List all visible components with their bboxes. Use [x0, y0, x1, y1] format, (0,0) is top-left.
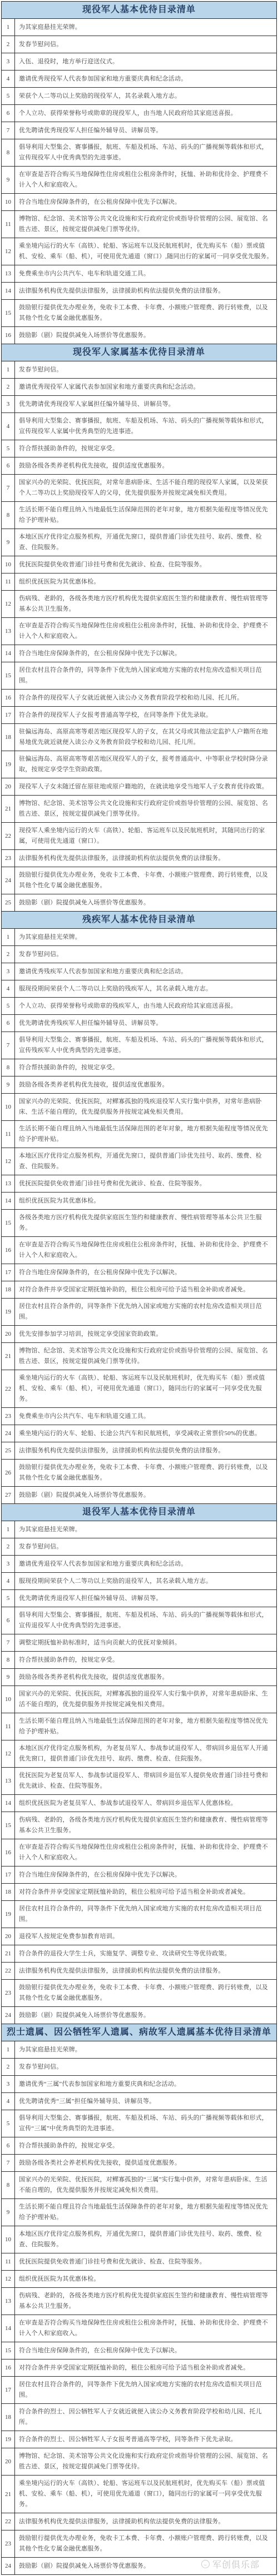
table-row: 12 组织优抚医院为其优惠体检。 [2, 2271, 276, 2288]
row-text: 优抚医院提供免收普通门诊挂号费和优先就诊、检查、住院等服务。 [15, 556, 276, 573]
row-number: 11 [2, 2253, 15, 2270]
table-row: 22 法律服务机构优先提供法律服务，法律援助机构依法提供免费的法律服务。 [2, 2513, 276, 2530]
table-row: 23 鼓励银行提供优先办理业务，免收卡工本费、卡年费、小额账户管理费、跨行转账费… [2, 1980, 276, 2007]
table-row: 18 驻偏远海岛、高原高寒等艰苦地区现役军人的子女，在其父母或其他法定监护人户籍… [2, 724, 276, 751]
row-text: 鼓励影（剧）院提供减免入场票价等优惠服务。 [15, 2558, 276, 2574]
row-number: 21 [2, 1343, 15, 1370]
table-row: 3 优先聘请优秀现役军人家属担任编外辅导员、讲解员等。 [2, 396, 276, 413]
row-number: 14 [2, 2315, 15, 2342]
row-number: 3 [2, 963, 15, 980]
row-text: 本地区医疗优待定点服务机构，开通优先窗口，提供普通门诊优先挂号、取药、缴费、检查… [15, 529, 276, 556]
table-row: 11 生活长期不能自理且纳入当地最低生活保障范围的老年对象，地方根据失能程度等情… [2, 1713, 276, 1740]
row-text: 符合条件的退役大学生士兵，实施复学、调整专业、攻读研究生等优待政策。 [15, 1945, 276, 1962]
table-row: 4 优先聘请优秀“三属”担任编外辅导员、讲解员等。 [2, 2093, 276, 2110]
row-number: 20 [2, 778, 15, 795]
row-number: 26 [2, 1460, 15, 1486]
row-number: 21 [2, 1945, 15, 1962]
table-row: 10 符合当地住房保障条件的，在公租房保障中优先予以解决。 [2, 194, 276, 211]
row-number: 14 [2, 1193, 15, 1209]
row-number: 5 [2, 88, 15, 104]
section-header: 退役军人基本优待目录清单 [2, 1504, 276, 1521]
table-row: 11 博物馆、纪念馆、美术馆等公共文化设施和实行政府定价或指导价管理的公园、展览… [2, 211, 276, 238]
row-text: 法律服务机构优先提供法律服务，法律援助机构依法提供免费的法律服务。 [15, 2513, 276, 2530]
row-text: 发春节慰问信。 [15, 2059, 276, 2075]
row-number: 24 [2, 1425, 15, 1442]
row-text: 乘坐境内运行的火车、轮船、长途公共汽车和民航班机，享受减收正常票价50%的优惠。 [15, 1425, 276, 1442]
row-text: 国家兴办的光荣院、优抚医院，对鳏寡孤独的“三属”实行集中供养，对常年患病卧床、生… [15, 2172, 276, 2198]
row-number: 3 [2, 396, 15, 412]
table-row: 13 免费乘坐市内公共汽车、电车和轨道交通工具。 [2, 265, 276, 283]
row-text: 邀请优秀退役军人代表参加国家和地方重要庆典和纪念活动。 [15, 1556, 276, 1572]
row-text: 调整定期抚恤补助标准时，适当向贡献大的优抚对象倾斜。 [15, 1634, 276, 1651]
row-number: 12 [2, 2271, 15, 2287]
row-number: 15 [2, 1210, 15, 1236]
table-row: 18 符合条件的烈士、因公牺牲军人子女就近就便入读公办义务教育阶段学校和幼儿园、… [2, 2404, 276, 2431]
row-number: 10 [2, 2226, 15, 2253]
table-row: 3 入伍、退役时，地方举行迎送仪式。 [2, 53, 276, 71]
table-row: 10 本地区医疗优待定点服务机构，开通优先窗口，提供普通门诊优先挂号、取药、缴费… [2, 2226, 276, 2253]
row-text: 组织优抚医院为其优惠体检。 [15, 573, 276, 590]
row-text: 法律服务机构优先提供法律服务，法律援助机构依法提供免费的法律服务。 [15, 1963, 276, 1979]
row-number: 13 [2, 2288, 15, 2315]
row-number: 1 [2, 361, 15, 378]
row-number: 2 [2, 946, 15, 963]
row-text: 倡导利用大型集会、赛事播报，航班、车船及机场、车站、码头的广播视频等载体和形式，… [15, 1607, 276, 1634]
row-text: 伤病残、老龄的，各级各类地方医疗机构优先提供家庭医生签约和健康教育、慢性病管理等… [15, 2288, 276, 2315]
table-row: 4 邀请优秀现役军人代表参加国家和地方重要庆典和纪念活动。 [2, 71, 276, 88]
table-row: 19 驻偏远海岛、高原高寒等艰苦地区现役军人的子女，报考普通高中、中等职业学校时… [2, 751, 276, 778]
row-text: 为其家庭悬挂光荣牌。 [15, 1521, 276, 1538]
table-row: 26 鼓励银行提供优先办理业务，免收卡工本费、卡年费、小额账户管理费、跨行转账费… [2, 1460, 276, 1487]
row-number: 9 [2, 1669, 15, 1686]
table-row: 9 生活长期不能自理且符合当地最低生活保障条件的老年对象，地方根据失能程度等情况… [2, 2199, 276, 2226]
table-row: 7 优先聘请优秀现役军人担任编外辅导员、讲解员等。 [2, 122, 276, 139]
table-row: 2 发春节慰问信。 [2, 1538, 276, 1556]
row-text: 居住农村且符合条件的，同等条件下优先纳入国家或地方实施的农村危房改造相关项目范围… [15, 662, 276, 689]
row-text: 符合帮扶援助条件的，按规定享受。 [15, 1059, 276, 1076]
table-row: 1 为其家庭悬挂光荣牌。 [2, 929, 276, 946]
table-row: 5 个人立功、获得荣誉称号或勋章的残疾军人，由当地人民政府给其家庭送喜报。 [2, 998, 276, 1015]
table-row: 16 鼓励影（剧）院提供减免入场票价等优惠服务。 [2, 327, 276, 344]
row-number: 11 [2, 1713, 15, 1740]
table-row: 4 服现役期间荣获个人二等功以上奖励的残疾军人，其名录载入地方志。 [2, 980, 276, 998]
table-row: 25 鼓励影（剧）院提供减免入场票价等优惠服务。 [2, 894, 276, 912]
row-number: 11 [2, 211, 15, 238]
table-row: 8 生活长期不能自理且纳入当地最低生活保障范围的老年对象，地方根据失能程度等情况… [2, 502, 276, 529]
document-page: 现役军人基本优待目录清单 1 为其家庭悬挂光荣牌。 2 发春节慰问信。 3 入伍… [0, 0, 278, 2576]
table-row: 17 符合当地住房保障条件的，在公租房保障中优先予以解决。 [2, 1866, 276, 1884]
table-row: 1 为其家庭悬挂光荣牌。 [2, 19, 276, 36]
row-number: 19 [2, 751, 15, 778]
row-number: 6 [2, 1607, 15, 1634]
row-number: 14 [2, 645, 15, 662]
row-text: 乘坐境内运行的火车（高铁）、轮船、客运班车以及民航班机时，优先购买车（船）票或值… [15, 1370, 276, 1407]
row-text: 邀请优秀现役军人家属代表参加国家和地方重要庆典和纪念活动。 [15, 379, 276, 395]
row-number: 19 [2, 1299, 15, 1325]
table-row: 15 各级各类地方医疗机构优先提供家庭医生签约和健康教育、慢性病管理等基本公共卫… [2, 1210, 276, 1237]
row-number: 13 [2, 618, 15, 645]
row-number: 8 [2, 502, 15, 529]
row-text: 国家兴办的光荣院、优抚医院，对常年患病卧床、生活不能自理的现役军人家属，以及荣获… [15, 475, 276, 501]
row-text: 鼓励影（剧）院提供减免入场票价等优惠服务。 [15, 327, 276, 344]
table-row: 21 博物馆、纪念馆、美术馆等公共文化设施和实行政府定价或指导价管理的公园、展览… [2, 1343, 276, 1370]
row-text: 符合当地住房保障条件的，在公租房保障中优先予以解决。 [15, 194, 276, 210]
table-row: 17 符合当地住房保障条件的，在公租房保障中优先予以解决。 [2, 1264, 276, 1281]
row-number: 2 [2, 2059, 15, 2075]
section-header: 现役军人基本优待目录清单 [2, 2, 276, 19]
table-row: 7 倡导利用大型集会、赛事播报，航班、车船及机场、车站、码头的广播视频等载体和形… [2, 1032, 276, 1059]
table-row: 19 居住农村且符合条件的，同等条件下优先纳入国家或地方实施的农村危房改造相关项… [2, 1299, 276, 1326]
row-text: 生活长期不能自理且符合当地最低生活保障条件的老年对象，地方根据失能程度等情况优先… [15, 2199, 276, 2226]
row-number: 23 [2, 850, 15, 867]
row-number: 17 [2, 1866, 15, 1883]
row-text: 鼓励影（剧）院提供减免入场票价等优惠服务。 [15, 2007, 276, 2024]
row-text: 为其家庭悬挂光荣牌。 [15, 2041, 276, 2058]
row-number: 15 [2, 1812, 15, 1839]
row-text: 博物馆、纪念馆、美术馆等公共文化设施和实行政府定价或指导价管理的公园、展览馆、名… [15, 1343, 276, 1370]
table-row: 1 为其家庭悬挂光荣牌。 [2, 1521, 276, 1538]
row-text: 发春节慰问信。 [15, 1538, 276, 1555]
row-text: 乘坐境内运行的火车（高铁）、轮船、客运班车以及民航班机时，优先购买车（船）票或值… [15, 2476, 276, 2513]
table-row: 13 优抚医院提供免收普通门诊挂号费和优先就诊、检查、住院等服务。 [2, 1175, 276, 1193]
table-row: 14 组织优抚医院为其优惠体检。 [2, 1193, 276, 1210]
table-row: 5 优先聘请优秀退役军人担任编外辅导员、讲解员等。 [2, 1590, 276, 1607]
row-text: 鼓励银行提供优先办理业务，免收卡工本费、卡年费、小额账户管理费、跨行转账费，以及… [15, 1460, 276, 1486]
table-row: 22 现役军人乘坐境内运行的火车（高铁）、轮船、客运班车以及民航班机时，其随同出… [2, 823, 276, 850]
row-text: 倡导利用大型集会、赛事播报，航班、车船及机场、车站、码头的广播视频等载体和形式，… [15, 413, 276, 440]
row-text: 在审查是否符合购买当地保障性住房或租住公租房条件时，抚恤、补助和优待金、护理费不… [15, 167, 276, 193]
table-row: 16 在审查是否符合购买当地保障性住房或租住公租房条件时，抚恤、补助和优待金、护… [2, 1237, 276, 1264]
row-number: 23 [2, 1408, 15, 1425]
row-text: 优先聘请优秀现役军人家属担任编外辅导员、讲解员等。 [15, 396, 276, 412]
table-row: 21 乘坐境内运行的火车（高铁）、轮船、客运班车以及民航班机时，优先购买车（船）… [2, 2476, 276, 2513]
table-row: 13 优抚医院为老复员军人、参战参试退役军人、带病回乡退伍军人提供免收普通门诊挂… [2, 1768, 276, 1795]
row-number: 11 [2, 1121, 15, 1148]
row-text: 各级各类地方医疗机构优先提供家庭医生签约和健康教育、慢性病管理等基本公共卫生服务… [15, 1210, 276, 1236]
table-row: 8 符合帮扶援助条件的，按规定享受。 [2, 1652, 276, 1669]
row-text: 乘坐境内运行的火车（高铁）、轮船、客运班车以及民航班机时，优先购买车（船）票或值… [15, 238, 276, 265]
table-row: 20 优先安排参加学习培训，按规定享受国家资助政策。 [2, 1326, 276, 1343]
table-row: 8 国家兴办的光荣院、优抚医院，对鳏寡孤独的“三属”实行集中供养，对常年患病卧床… [2, 2172, 276, 2199]
row-number: 12 [2, 591, 15, 617]
row-text: 居住农村且符合条件的，同等条件下优先纳入国家或地方实施的农村危房改造相关项目范围… [15, 1901, 276, 1928]
row-number: 13 [2, 265, 15, 282]
section-header: 残疾军人基本优待目录清单 [2, 912, 276, 929]
row-number: 11 [2, 573, 15, 590]
row-text: 优抚医院提供免收普通门诊挂号费和优先就诊、检查、住院等服务。 [15, 2253, 276, 2270]
row-number: 3 [2, 1556, 15, 1572]
row-text: 鼓励各级各类养老机构优先接收，提供适度优惠服务。 [15, 1669, 276, 1686]
row-number: 18 [2, 1281, 15, 1298]
row-text: 符合帮扶援助条件的，按规定享受。 [15, 1652, 276, 1668]
row-text: 组织优抚医院为其优惠体检。 [15, 1193, 276, 1209]
table-row: 23 法律服务机构优先提供法律服务，法律援助机构依法提供免费的法律服务。 [2, 850, 276, 867]
row-text: 在审查是否符合购买当地保障性住房或租住公租房条件时，抚恤、补助和优待金、护理费不… [15, 618, 276, 645]
row-number: 17 [2, 2377, 15, 2403]
row-text: 鼓励各级各类养老机构优先接收，提供适度优惠服务。 [15, 457, 276, 474]
row-number: 27 [2, 1487, 15, 1503]
row-text: 居住农村且符合条件的，同等条件下优先纳入国家或地方实施的农村危房改造相关项目范围… [15, 2377, 276, 2403]
table-row: 8 符合帮扶援助条件的，按规定享受。 [2, 1059, 276, 1076]
table-row: 11 组织优抚医院为其优惠体检。 [2, 573, 276, 591]
row-text: 服现役期间荣获个人二等功以上奖励的退役军人，其名录载入地方志。 [15, 1573, 276, 1589]
row-number: 16 [2, 1839, 15, 1866]
catalog-section: 烈士遗属、因公牺牲军人遗属、病故军人遗属基本优待目录清单 1 为其家庭悬挂光荣牌… [2, 2024, 276, 2574]
row-number: 10 [2, 556, 15, 573]
table-row: 5 倡导利用大型集会、赛事播报，航班、车船及机场、车站、码头的广播视频等载体和形… [2, 2110, 276, 2137]
table-row: 15 伤病残、老龄的，各级各类地方医疗机构优先提供家庭医生签约和健康教育、慢性病… [2, 1812, 276, 1839]
table-row: 20 博物馆、纪念馆、美术馆等公共文化设施和实行政府定价或指导价管理的公园、展览… [2, 2448, 276, 2476]
row-number: 10 [2, 194, 15, 210]
table-row: 12 乘坐境内运行的火车（高铁）、轮船、客运班车以及民航班机时，优先购买车（船）… [2, 238, 276, 265]
row-text: 现役军人子女未随迁留在原驻地或原户籍地的，在就读地享受当地军人子女教育优待政策。 [15, 778, 276, 795]
table-row: 3 邀请优秀残疾军人代表参加国家和地方重要庆典和纪念活动。 [2, 963, 276, 980]
row-number: 5 [2, 2110, 15, 2137]
row-number: 18 [2, 724, 15, 751]
row-number: 13 [2, 1175, 15, 1192]
row-number: 2 [2, 1538, 15, 1555]
row-text: 组织优抚医院为老复员军人、参战参试退役军人、带病回乡退伍军人优惠体检。 [15, 1795, 276, 1812]
table-row: 14 在审查是否符合购买当地保障性住房或租住公租房条件时，抚恤、补助和优待金、护… [2, 2315, 276, 2342]
row-number: 15 [2, 2342, 15, 2359]
row-text: 优抚医院提供免收普通门诊挂号费和优先就诊、检查、住院等服务。 [15, 1175, 276, 1192]
row-number: 16 [2, 2359, 15, 2376]
row-number: 8 [2, 139, 15, 166]
catalog-section: 现役军人家属基本优待目录清单 1 发春节慰问信。 2 邀请优秀现役军人家属代表参… [2, 344, 276, 912]
row-number: 24 [2, 2558, 15, 2574]
row-text: 鼓励影（剧）院提供减免入场票价等优惠服务。 [15, 1487, 276, 1503]
row-text: 鼓励影（剧）院提供减免入场票价等优惠服务。 [15, 894, 276, 911]
section-header: 现役军人家属基本优待目录清单 [2, 344, 276, 361]
row-number: 10 [2, 1686, 15, 1713]
row-number: 4 [2, 71, 15, 87]
row-number: 22 [2, 1370, 15, 1407]
row-number: 22 [2, 1963, 15, 1979]
table-row: 9 本地区医疗优待定点服务机构，开通优先窗口，提供普通门诊优先挂号、取药、缴费、… [2, 529, 276, 556]
row-text: 发春节慰问信。 [15, 361, 276, 378]
row-number: 14 [2, 1795, 15, 1812]
row-text: 邀请优秀残疾军人代表参加国家和地方重要庆典和纪念活动。 [15, 963, 276, 980]
row-number: 7 [2, 1032, 15, 1059]
row-text: 驻偏远海岛、高原高寒等艰苦地区现役军人的子女，在其父母或其他法定监护人户籍所在地… [15, 724, 276, 751]
row-text: 符合条件的烈士、因公牺牲军人子女报考普通高等学校，同等条件下优先录取。 [15, 2431, 276, 2448]
row-text: 生活长期不能自理且纳入当地最低生活保障范围的老年对象，地方根据失能程度等情况优先… [15, 1713, 276, 1740]
row-text: 为其家庭悬挂光荣牌。 [15, 19, 276, 36]
row-number: 21 [2, 2476, 15, 2513]
row-number: 10 [2, 1094, 15, 1120]
row-text: 鼓励各级各类养老机构优先接收，提供适度优惠服务。 [15, 1076, 276, 1093]
row-number: 6 [2, 2137, 15, 2154]
row-text: 鼓励银行提供优先办理业务，免收卡工本费、卡年费、小额账户管理费、跨行转账费，以及… [15, 1980, 276, 2006]
row-number: 14 [2, 283, 15, 299]
row-number: 8 [2, 1059, 15, 1076]
row-text: 对符合条件并享受国家定期抚恤补助的，租住公租房可给予适当租金补助或者减免。 [15, 1884, 276, 1900]
table-row: 20 现役军人子女未随迁留在原驻地或原户籍地的，在就读地享受当地军人子女教育优待… [2, 778, 276, 796]
table-row: 16 符合条件的现役军人子女就近就便入读公办义务教育阶段学校和幼儿园、托儿所。 [2, 690, 276, 707]
table-row: 14 符合当地住房保障条件的，在公租房保障中优先予以解决。 [2, 645, 276, 662]
table-row: 17 居住农村且符合条件的，同等条件下优先纳入国家或地方实施的农村危房改造相关项… [2, 2377, 276, 2404]
row-number: 2 [2, 379, 15, 395]
row-text: 邀请优秀“三属”代表参加国家和地方重要庆典和纪念活动。 [15, 2076, 276, 2092]
row-number: 6 [2, 105, 15, 122]
row-text: 国家兴办的光荣院、优抚医院，对鳏寡孤独的退役军人实行集中供养，对常年患病卧床、生… [15, 1686, 276, 1713]
row-number: 12 [2, 1740, 15, 1767]
table-row: 6 鼓励各级各类养老机构优先接收，提供适度优惠服务。 [2, 457, 276, 475]
row-number: 22 [2, 823, 15, 849]
row-number: 7 [2, 122, 15, 139]
section-header: 烈士遗属、因公牺牲军人遗属、病故军人遗属基本优待目录清单 [2, 2024, 276, 2041]
row-number: 25 [2, 1442, 15, 1459]
table-row: 24 鼓励影（剧）院提供减免入场票价等优惠服务。 [2, 2558, 276, 2574]
row-text: 荣获个人二等功以上奖励的现役军人，其名录载入地方志。 [15, 88, 276, 104]
row-text: 博物馆、纪念馆、美术馆等公共文化设施和实行政府定价或指导价管理的公园、展览馆、名… [15, 211, 276, 238]
table-row: 22 法律服务机构优先提供法律服务，法律援助机构依法提供免费的法律服务。 [2, 1963, 276, 1980]
table-row: 9 鼓励各级各类养老机构优先接收，提供适度优惠服务。 [2, 1076, 276, 1094]
row-number: 20 [2, 2448, 15, 2475]
row-number: 21 [2, 796, 15, 822]
row-number: 17 [2, 1264, 15, 1281]
row-number: 8 [2, 2172, 15, 2198]
row-number: 20 [2, 1928, 15, 1945]
row-text: 优先聘请优秀现役军人担任编外辅导员、讲解员等。 [15, 122, 276, 139]
row-text: 鼓励银行提供优先办理业务，免收卡工本费、卡年费、小额账户管理费、跨行转账费，以及… [15, 300, 276, 326]
row-number: 23 [2, 2530, 15, 2557]
row-number: 20 [2, 1326, 15, 1342]
row-text: 免费乘坐市内公共汽车、电车和轨道交通工具。 [15, 1408, 276, 1425]
table-row: 9 在审查是否符合购买当地保障性住房或租住公租房条件时，抚恤、补助和优待金、护理… [2, 167, 276, 194]
row-text: 本地区医疗优待定点服务机构，开通优先窗口，提供普通门诊优先挂号、取药、缴费、检查… [15, 1148, 276, 1175]
table-row: 23 鼓励银行提供优先办理业务，免收卡工本费、卡年费、小额账户管理费、跨行转账费… [2, 2530, 276, 2558]
row-number: 16 [2, 327, 15, 344]
table-row: 4 服现役期间荣获个人二等功以上奖励的退役军人，其名录载入地方志。 [2, 1573, 276, 1590]
row-number: 3 [2, 53, 15, 70]
row-text: 邀请优秀现役军人代表参加国家和地方重要庆典和纪念活动。 [15, 71, 276, 87]
table-row: 10 优抚医院提供免收普通门诊挂号费和优先就诊、检查、住院等服务。 [2, 556, 276, 573]
table-row: 18 对符合条件并享受国家定期抚恤补助的，租住公租房可给予适当租金补助或者减免。 [2, 1281, 276, 1299]
row-text: 法律服务机构优先提供法律服务，法律援助机构依法提供免费的法律服务。 [15, 283, 276, 299]
row-number: 4 [2, 1573, 15, 1589]
row-number: 23 [2, 1980, 15, 2006]
table-row: 24 鼓励影（剧）院提供减免入场票价等优惠服务。 [2, 2007, 276, 2024]
table-row: 2 发春节慰问信。 [2, 2059, 276, 2076]
row-number: 5 [2, 1590, 15, 1607]
table-row: 15 鼓励银行提供优先办理业务，免收卡工本费、卡年费、小额账户管理费、跨行转账费… [2, 300, 276, 327]
row-number: 25 [2, 894, 15, 911]
row-text: 鼓励银行提供优先办理业务，免收卡工本费、卡年费、小额账户管理费、跨行转账费，以及… [15, 2530, 276, 2557]
table-row: 18 对符合条件并享受国家定期抚恤补助的，租住公租房可给予适当租金补助或者减免。 [2, 1884, 276, 1901]
table-row: 6 倡导利用大型集会、赛事播报，航班、车船及机场、车站、码头的广播视频等载体和形… [2, 1607, 276, 1634]
table-row: 24 乘坐境内运行的火车、轮船、长途公共汽车和民航班机，享受减收正常票价50%的… [2, 1425, 276, 1442]
row-text: 符合帮扶援助条件的，按规定享受。 [15, 440, 276, 457]
row-number: 1 [2, 2041, 15, 2058]
table-row: 1 为其家庭悬挂光荣牌。 [2, 2041, 276, 2059]
row-text: 优先聘请优秀“三属”担任编外辅导员、讲解员等。 [15, 2093, 276, 2110]
row-number: 17 [2, 707, 15, 723]
table-row: 2 发春节慰问信。 [2, 36, 276, 53]
row-number: 24 [2, 867, 15, 894]
row-text: 倡导利用大型集会、赛事播报，航班、车船及机场、车站、码头的广播视频等载体和形式，… [15, 1032, 276, 1059]
table-row: 6 符合帮扶援助条件的，按规定享受。 [2, 2137, 276, 2155]
row-text: 对符合条件并享受国家定期抚恤补助的，租住公租房可给予适当租金补助或者减免。 [15, 1281, 276, 1298]
table-row: 6 优先聘请优秀残疾军人担任编外辅导员、讲解员等。 [2, 1015, 276, 1032]
row-number: 16 [2, 1237, 15, 1264]
row-text: 驻偏远海岛、高原高寒等艰苦地区现役军人的子女，报考普通高中、中等职业学校时降分录… [15, 751, 276, 778]
row-text: 在审查是否符合购买当地保障性住房或租住公租房条件时，抚恤、补助和优待金、护理费不… [15, 1237, 276, 1264]
row-text: 免费乘坐市内公共汽车、电车和轨道交通工具。 [15, 265, 276, 282]
table-row: 2 邀请优秀现役军人家属代表参加国家和地方重要庆典和纪念活动。 [2, 379, 276, 396]
row-number: 3 [2, 2076, 15, 2092]
row-number: 15 [2, 662, 15, 689]
table-row: 25 法律服务机构优先提供法律服务，法律援助机构依法提供免费的法律服务。 [2, 1442, 276, 1460]
row-text: 优先安排参加学习培训，按规定享受国家资助政策。 [15, 1326, 276, 1342]
catalog-section: 退役军人基本优待目录清单 1 为其家庭悬挂光荣牌。 2 发春节慰问信。 3 邀请… [2, 1504, 276, 2024]
table-row: 3 邀请优秀“三属”代表参加国家和地方重要庆典和纪念活动。 [2, 2076, 276, 2093]
table-row: 7 国家兴办的光荣院、优抚医院，对常年患病卧床、生活不能自理的现役军人家属，以及… [2, 475, 276, 502]
table-row: 12 本地区医疗优待定点服务机构，开通优先窗口，提供普通门诊优先挂号、取药、缴费… [2, 1148, 276, 1175]
row-text: 在审查是否符合购买当地保障性住房或租住公租房条件时，抚恤、补助和优待金、护理费不… [15, 1839, 276, 1866]
row-text: 伤病残、老龄的，各级各类地方医疗机构优先提供家庭医生签约和健康教育、慢性病管理等… [15, 1812, 276, 1839]
row-text: 符合帮扶援助条件的，按规定享受。 [15, 2137, 276, 2154]
table-row: 21 博物馆、纪念馆、美术馆等公共文化设施和实行政府定价或指导价管理的公园、展览… [2, 796, 276, 823]
row-text: 居住农村且符合条件的，同等条件下优先纳入国家或地方实施的农村危房改造相关项目范围… [15, 1299, 276, 1325]
table-row: 7 调整定期抚恤补助标准时，适当向贡献大的优抚对象倾斜。 [2, 1634, 276, 1652]
table-row: 10 国家兴办的光荣院、优抚医院，对鳏寡孤独的退役军人实行集中供养，对常年患病卧… [2, 1686, 276, 1713]
row-number: 1 [2, 1521, 15, 1538]
table-row: 21 符合条件的退役大学生士兵，实施复学、调整专业、攻读研究生等优待政策。 [2, 1945, 276, 1963]
table-row: 19 居住农村且符合条件的，同等条件下优先纳入国家或地方实施的农村危房改造相关项… [2, 1901, 276, 1928]
table-row: 2 发春节慰问信。 [2, 946, 276, 963]
table-row: 12 本地区医疗优待定点服务机构，为老复员军人、参战参试退役军人、带病回乡退伍军… [2, 1740, 276, 1768]
table-row: 1 发春节慰问信。 [2, 361, 276, 379]
row-number: 19 [2, 2431, 15, 2448]
row-number: 9 [2, 2199, 15, 2226]
table-row: 19 符合条件的烈士、因公牺牲军人子女报考普通高等学校，同等条件下优先录取。 [2, 2431, 276, 2448]
table-row: 9 鼓励各级各类养老机构优先接收，提供适度优惠服务。 [2, 1669, 276, 1686]
row-number: 7 [2, 475, 15, 501]
row-number: 2 [2, 36, 15, 53]
table-row: 16 对符合条件并享受国家定期抚恤补助的，租住公租房可给予适当租金补助或者减免。 [2, 2359, 276, 2377]
table-row: 4 倡导利用大型集会、赛事播报，航班、车船及机场、车站、码头的广播视频等载体和形… [2, 413, 276, 440]
row-text: 倡导利用大型集会、赛事播报，航班、车船及机场、车站、码头的广播视频等载体和形式，… [15, 2110, 276, 2137]
row-text: 优抚医院为老复员军人、参战参试退役军人、带病回乡退伍军人提供免收普通门诊挂号费和… [15, 1768, 276, 1794]
row-text: 法律服务机构优先提供法律服务，法律援助机构依法提供免费的法律服务。 [15, 1442, 276, 1459]
row-text: 对符合条件并享受国家定期抚恤补助的，租住公租房可给予适当租金补助或者减免。 [15, 2359, 276, 2376]
table-row: 5 符合帮扶援助条件的，按规定享受。 [2, 440, 276, 457]
table-row: 20 退役军人按规定免费参加教育培训。 [2, 1928, 276, 1945]
table-row: 27 鼓励影（剧）院提供减免入场票价等优惠服务。 [2, 1487, 276, 1504]
row-number: 5 [2, 998, 15, 1014]
row-text: 在审查是否符合购买当地保障性住房或租住公租房条件时，抚恤、补助和优待金、护理费不… [15, 2315, 276, 2342]
row-text: 入伍、退役时，地方举行迎送仪式。 [15, 53, 276, 70]
row-text: 符合当地住房保障条件的，在公租房保障中优先予以解决。 [15, 1264, 276, 1281]
row-text: 服现役期间荣获个人二等功以上奖励的残疾军人，其名录载入地方志。 [15, 980, 276, 997]
row-number: 12 [2, 238, 15, 265]
table-row: 12 伤病残、老龄的，各级各类地方医疗机构优先提供家庭医生签约和健康教育、慢性病… [2, 591, 276, 618]
row-text: 个人立功、获得荣誉称号或勋章的现役军人，由当地人民政府给其家庭送喜报。 [15, 105, 276, 122]
row-number: 12 [2, 1148, 15, 1175]
row-number: 13 [2, 1768, 15, 1794]
table-row: 15 居住农村且符合条件的，同等条件下优先纳入国家或地方实施的农村危房改造相关项… [2, 662, 276, 690]
row-number: 4 [2, 413, 15, 440]
row-number: 1 [2, 19, 15, 36]
row-text: 本地区医疗优待定点服务机构，开通优先窗口，提供普通门诊优先挂号、取药、缴费、检查… [15, 2226, 276, 2253]
row-text: 生活长期不能自理且纳入当地最低生活保障范围的老年对象，地方根据失能程度等情况优先… [15, 1121, 276, 1148]
row-text: 现役军人乘坐境内运行的火车（高铁）、轮船、客运班车以及民航班机时，其随同出行的家… [15, 823, 276, 849]
row-text: 符合条件的现役军人子女就近就便入读公办义务教育阶段学校和幼儿园、托儿所。 [15, 690, 276, 706]
table-row: 5 荣获个人二等功以上奖励的现役军人，其名录载入地方志。 [2, 88, 276, 105]
row-text: 为其家庭悬挂光荣牌。 [15, 929, 276, 945]
row-text: 发春节慰问信。 [15, 36, 276, 53]
